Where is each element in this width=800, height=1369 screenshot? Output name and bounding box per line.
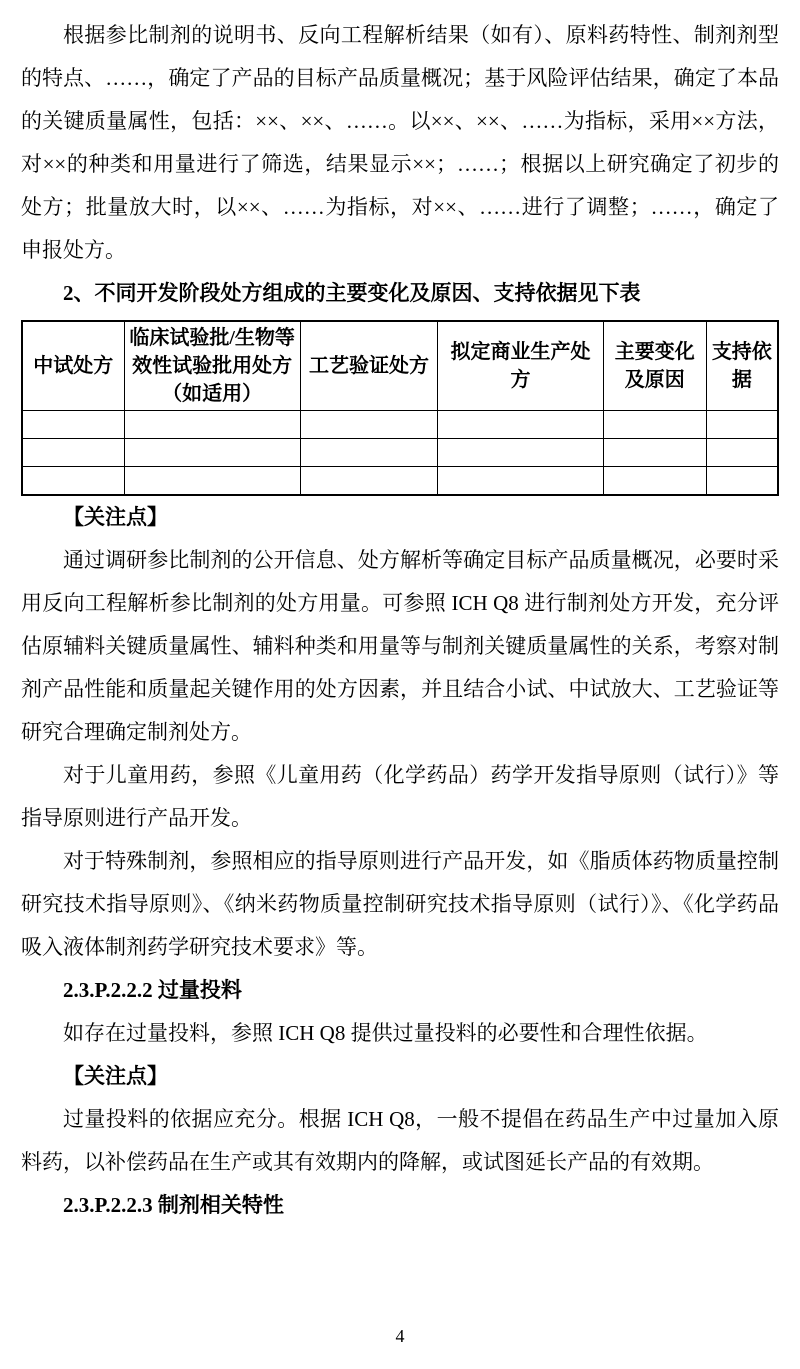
table-cell — [22, 439, 124, 467]
table-cell — [22, 411, 124, 439]
paragraph-formulation-summary: 根据参比制剂的说明书、反向工程解析结果（如有）、原料药特性、制剂剂型的特点、……… — [21, 14, 779, 272]
paragraph-focus1-development: 通过调研参比制剂的公开信息、处方解析等确定目标产品质量概况，必要时采用反向工程解… — [21, 539, 779, 754]
heading-focus-points-2: 【关注点】 — [21, 1055, 779, 1098]
table-cell — [438, 467, 604, 495]
paragraph-overage: 如存在过量投料，参照 ICH Q8 提供过量投料的必要性和合理性依据。 — [21, 1012, 779, 1055]
table-header-row: 中试处方 临床试验批/生物等效性试验批用处方（如适用） 工艺验证处方 拟定商业生… — [22, 321, 778, 411]
heading-focus-points-1: 【关注点】 — [21, 496, 779, 539]
table-header-main-changes: 主要变化及原因 — [603, 321, 706, 411]
page-number: 4 — [0, 1325, 800, 1347]
table-cell — [22, 467, 124, 495]
table-cell — [124, 411, 300, 439]
table-cell — [603, 411, 706, 439]
table-header-support-basis: 支持依据 — [706, 321, 778, 411]
table-header-commercial-formula: 拟定商业生产处方 — [438, 321, 604, 411]
formulation-changes-table: 中试处方 临床试验批/生物等效性试验批用处方（如适用） 工艺验证处方 拟定商业生… — [21, 320, 779, 496]
table-cell — [706, 467, 778, 495]
table-cell — [603, 467, 706, 495]
table-cell — [438, 439, 604, 467]
paragraph-focus1-special-formulations: 对于特殊制剂，参照相应的指导原则进行产品开发，如《脂质体药物质量控制研究技术指导… — [21, 840, 779, 969]
table-cell — [124, 439, 300, 467]
table-cell — [438, 411, 604, 439]
table-cell — [124, 467, 300, 495]
heading-section-product-properties: 2.3.P.2.2.3 制剂相关特性 — [21, 1184, 779, 1227]
table-row — [22, 467, 778, 495]
paragraph-focus1-pediatric: 对于儿童用药，参照《儿童用药（化学药品）药学开发指导原则（试行）》等指导原则进行… — [21, 754, 779, 840]
table-cell — [300, 467, 438, 495]
table-row — [22, 439, 778, 467]
table-row — [22, 411, 778, 439]
table-header-pilot-formula: 中试处方 — [22, 321, 124, 411]
table-cell — [706, 439, 778, 467]
document-page: 根据参比制剂的说明书、反向工程解析结果（如有）、原料药特性、制剂剂型的特点、……… — [0, 0, 800, 1369]
table-cell — [603, 439, 706, 467]
heading-section-overage: 2.3.P.2.2.2 过量投料 — [21, 969, 779, 1012]
table-header-clinical-batch-formula: 临床试验批/生物等效性试验批用处方（如适用） — [124, 321, 300, 411]
table-cell — [300, 411, 438, 439]
paragraph-focus2-overage-basis: 过量投料的依据应充分。根据 ICH Q8，一般不提倡在药品生产中过量加入原料药，… — [21, 1098, 779, 1184]
heading-formulation-changes-table: 2、不同开发阶段处方组成的主要变化及原因、支持依据见下表 — [21, 272, 779, 315]
table-cell — [300, 439, 438, 467]
table-header-process-validation-formula: 工艺验证处方 — [300, 321, 438, 411]
table-cell — [706, 411, 778, 439]
